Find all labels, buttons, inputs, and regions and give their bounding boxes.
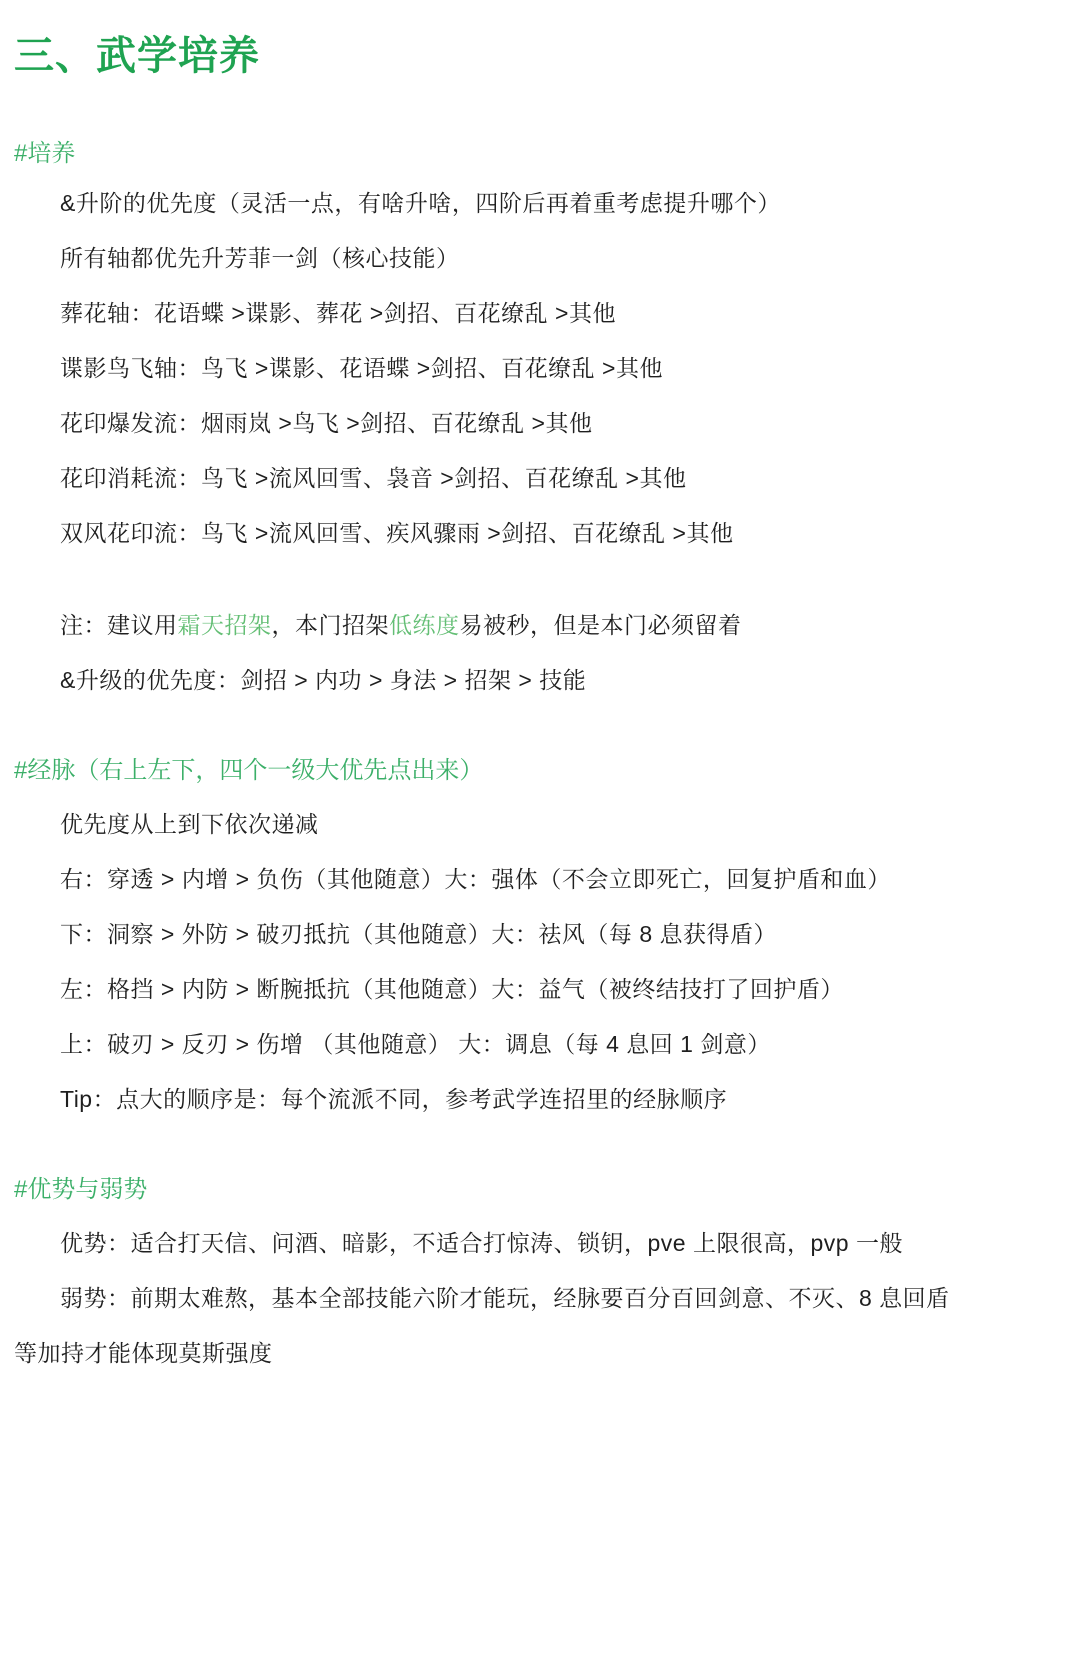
line-huayin-consume-build: 花印消耗流：鸟飞 >流风回雪、袅音 >剑招、百花缭乱 >其他 (14, 461, 1064, 495)
document-page: 三、武学培养 #培养 &升阶的优先度（灵活一点，有啥升啥，四阶后再着重考虑提升哪… (0, 0, 1080, 1673)
note-highlight-shuangtian-parry: 霜天招架 (178, 612, 272, 638)
line-meridian-right: 右：穿透 > 内增 > 负伤（其他随意）大：强体（不会立即死亡，回复护盾和血） (14, 862, 1064, 896)
line-all-axes-core-skill: 所有轴都优先升芳菲一剑（核心技能） (14, 241, 1064, 275)
line-meridian-top: 上：破刃 > 反刃 > 伤增 （其他随意） 大：调息（每 4 息回 1 剑意） (14, 1027, 1064, 1061)
note-highlight-low-proficiency: 低练度 (389, 612, 460, 638)
line-meridian-tip: Tip：点大的顺序是：每个流派不同，参考武学连招里的经脉顺序 (14, 1082, 1064, 1116)
note-prefix: 注：建议用 (60, 612, 178, 638)
line-strengths: 优势：适合打天信、问酒、暗影，不适合打惊涛、锁钥，pve 上限很高，pvp 一般 (14, 1226, 1064, 1260)
line-priority-descending: 优先度从上到下依次递减 (14, 807, 1064, 841)
line-huayin-burst-build: 花印爆发流：烟雨岚 >鸟飞 >剑招、百花缭乱 >其他 (14, 406, 1064, 440)
line-upgrade-priority-order: &升级的优先度：剑招 > 内功 > 身法 > 招架 > 技能 (14, 663, 1064, 697)
line-weaknesses: 弱势：前期太难熬，基本全部技能六阶才能玩，经脉要百分百回剑意、不灭、8 息回盾 (14, 1281, 1064, 1315)
line-weaknesses-continuation: 等加持才能体现莫斯强度 (14, 1336, 1064, 1370)
line-zanghua-axis: 葬花轴：花语蝶 >谍影、葬花 >剑招、百花缭乱 >其他 (14, 296, 1064, 330)
section-heading-meridians: #经脉（右上左下，四个一级大优先点出来） (14, 755, 1064, 787)
line-double-wind-huayin-build: 双风花印流：鸟飞 >流风回雪、疾风骤雨 >剑招、百花缭乱 >其他 (14, 516, 1064, 550)
section-heading-cultivation: #培养 (14, 138, 1064, 170)
line-ascension-priority: &升阶的优先度（灵活一点，有啥升啥，四阶后再着重考虑提升哪个） (14, 186, 1064, 220)
section-heading-strengths-weaknesses: #优势与弱势 (14, 1174, 1064, 1206)
line-meridian-left: 左：格挡 > 内防 > 断腕抵抗（其他随意）大：益气（被终结技打了回护盾） (14, 972, 1064, 1006)
page-title: 三、武学培养 (14, 30, 1064, 82)
line-dieying-niaofei-axis: 谍影鸟飞轴：鸟飞 >谍影、花语蝶 >剑招、百花缭乱 >其他 (14, 351, 1064, 385)
note-middle: ，本门招架 (272, 612, 390, 638)
line-parry-note: 注：建议用霜天招架，本门招架低练度易被秒，但是本门必须留着 (14, 608, 1064, 642)
line-meridian-bottom: 下：洞察 > 外防 > 破刃抵抗（其他随意）大：祛风（每 8 息获得盾） (14, 917, 1064, 951)
note-suffix: 易被秒，但是本门必须留着 (460, 612, 742, 638)
